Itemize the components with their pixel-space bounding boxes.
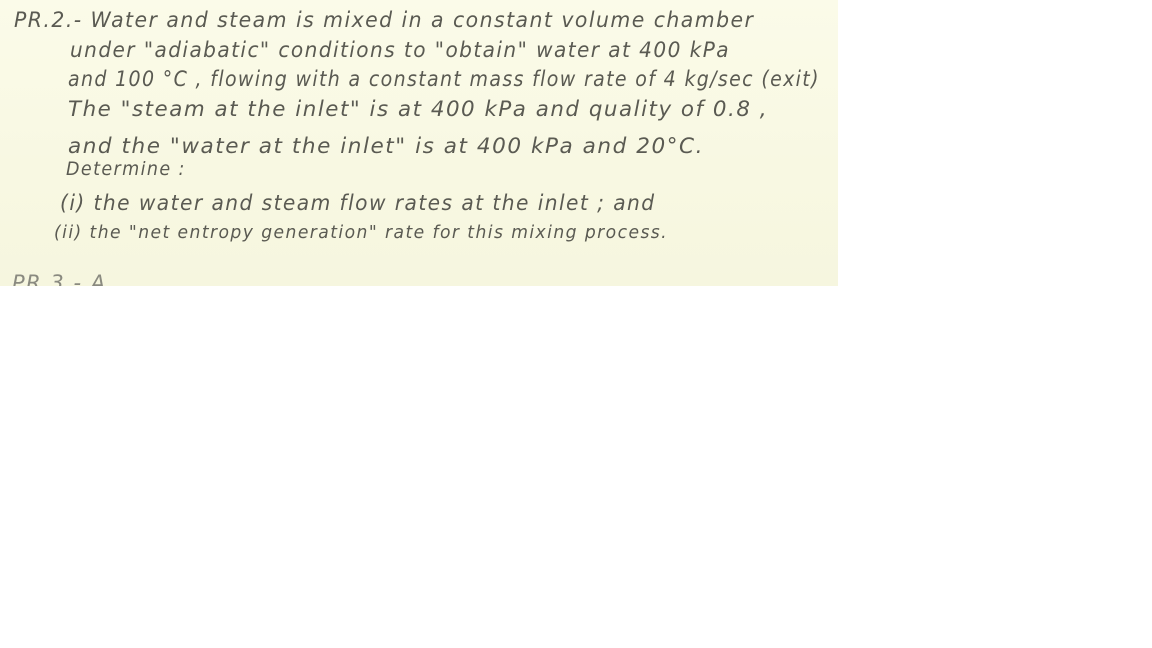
problem-line-4: The "steam at the inlet" is at 400 kPa a… <box>68 97 768 121</box>
problem-line-1: PR.2.- Water and steam is mixed in a con… <box>14 8 754 32</box>
problem-line-5: and the "water at the inlet" is at 400 k… <box>68 134 704 158</box>
next-problem-cutoff: PR.3.- A ... <box>12 271 139 286</box>
handwritten-note-scan: PR.2.- Water and steam is mixed in a con… <box>0 0 838 286</box>
problem-line-3: and 100 °C , flowing with a constant mas… <box>68 67 820 91</box>
determine-label: Determine : <box>66 158 186 180</box>
question-i: (i) the water and steam flow rates at th… <box>60 191 656 215</box>
problem-line-2: under "adiabatic" conditions to "obtain"… <box>70 38 730 62</box>
question-ii: (ii) the "net entropy generation" rate f… <box>54 222 668 243</box>
